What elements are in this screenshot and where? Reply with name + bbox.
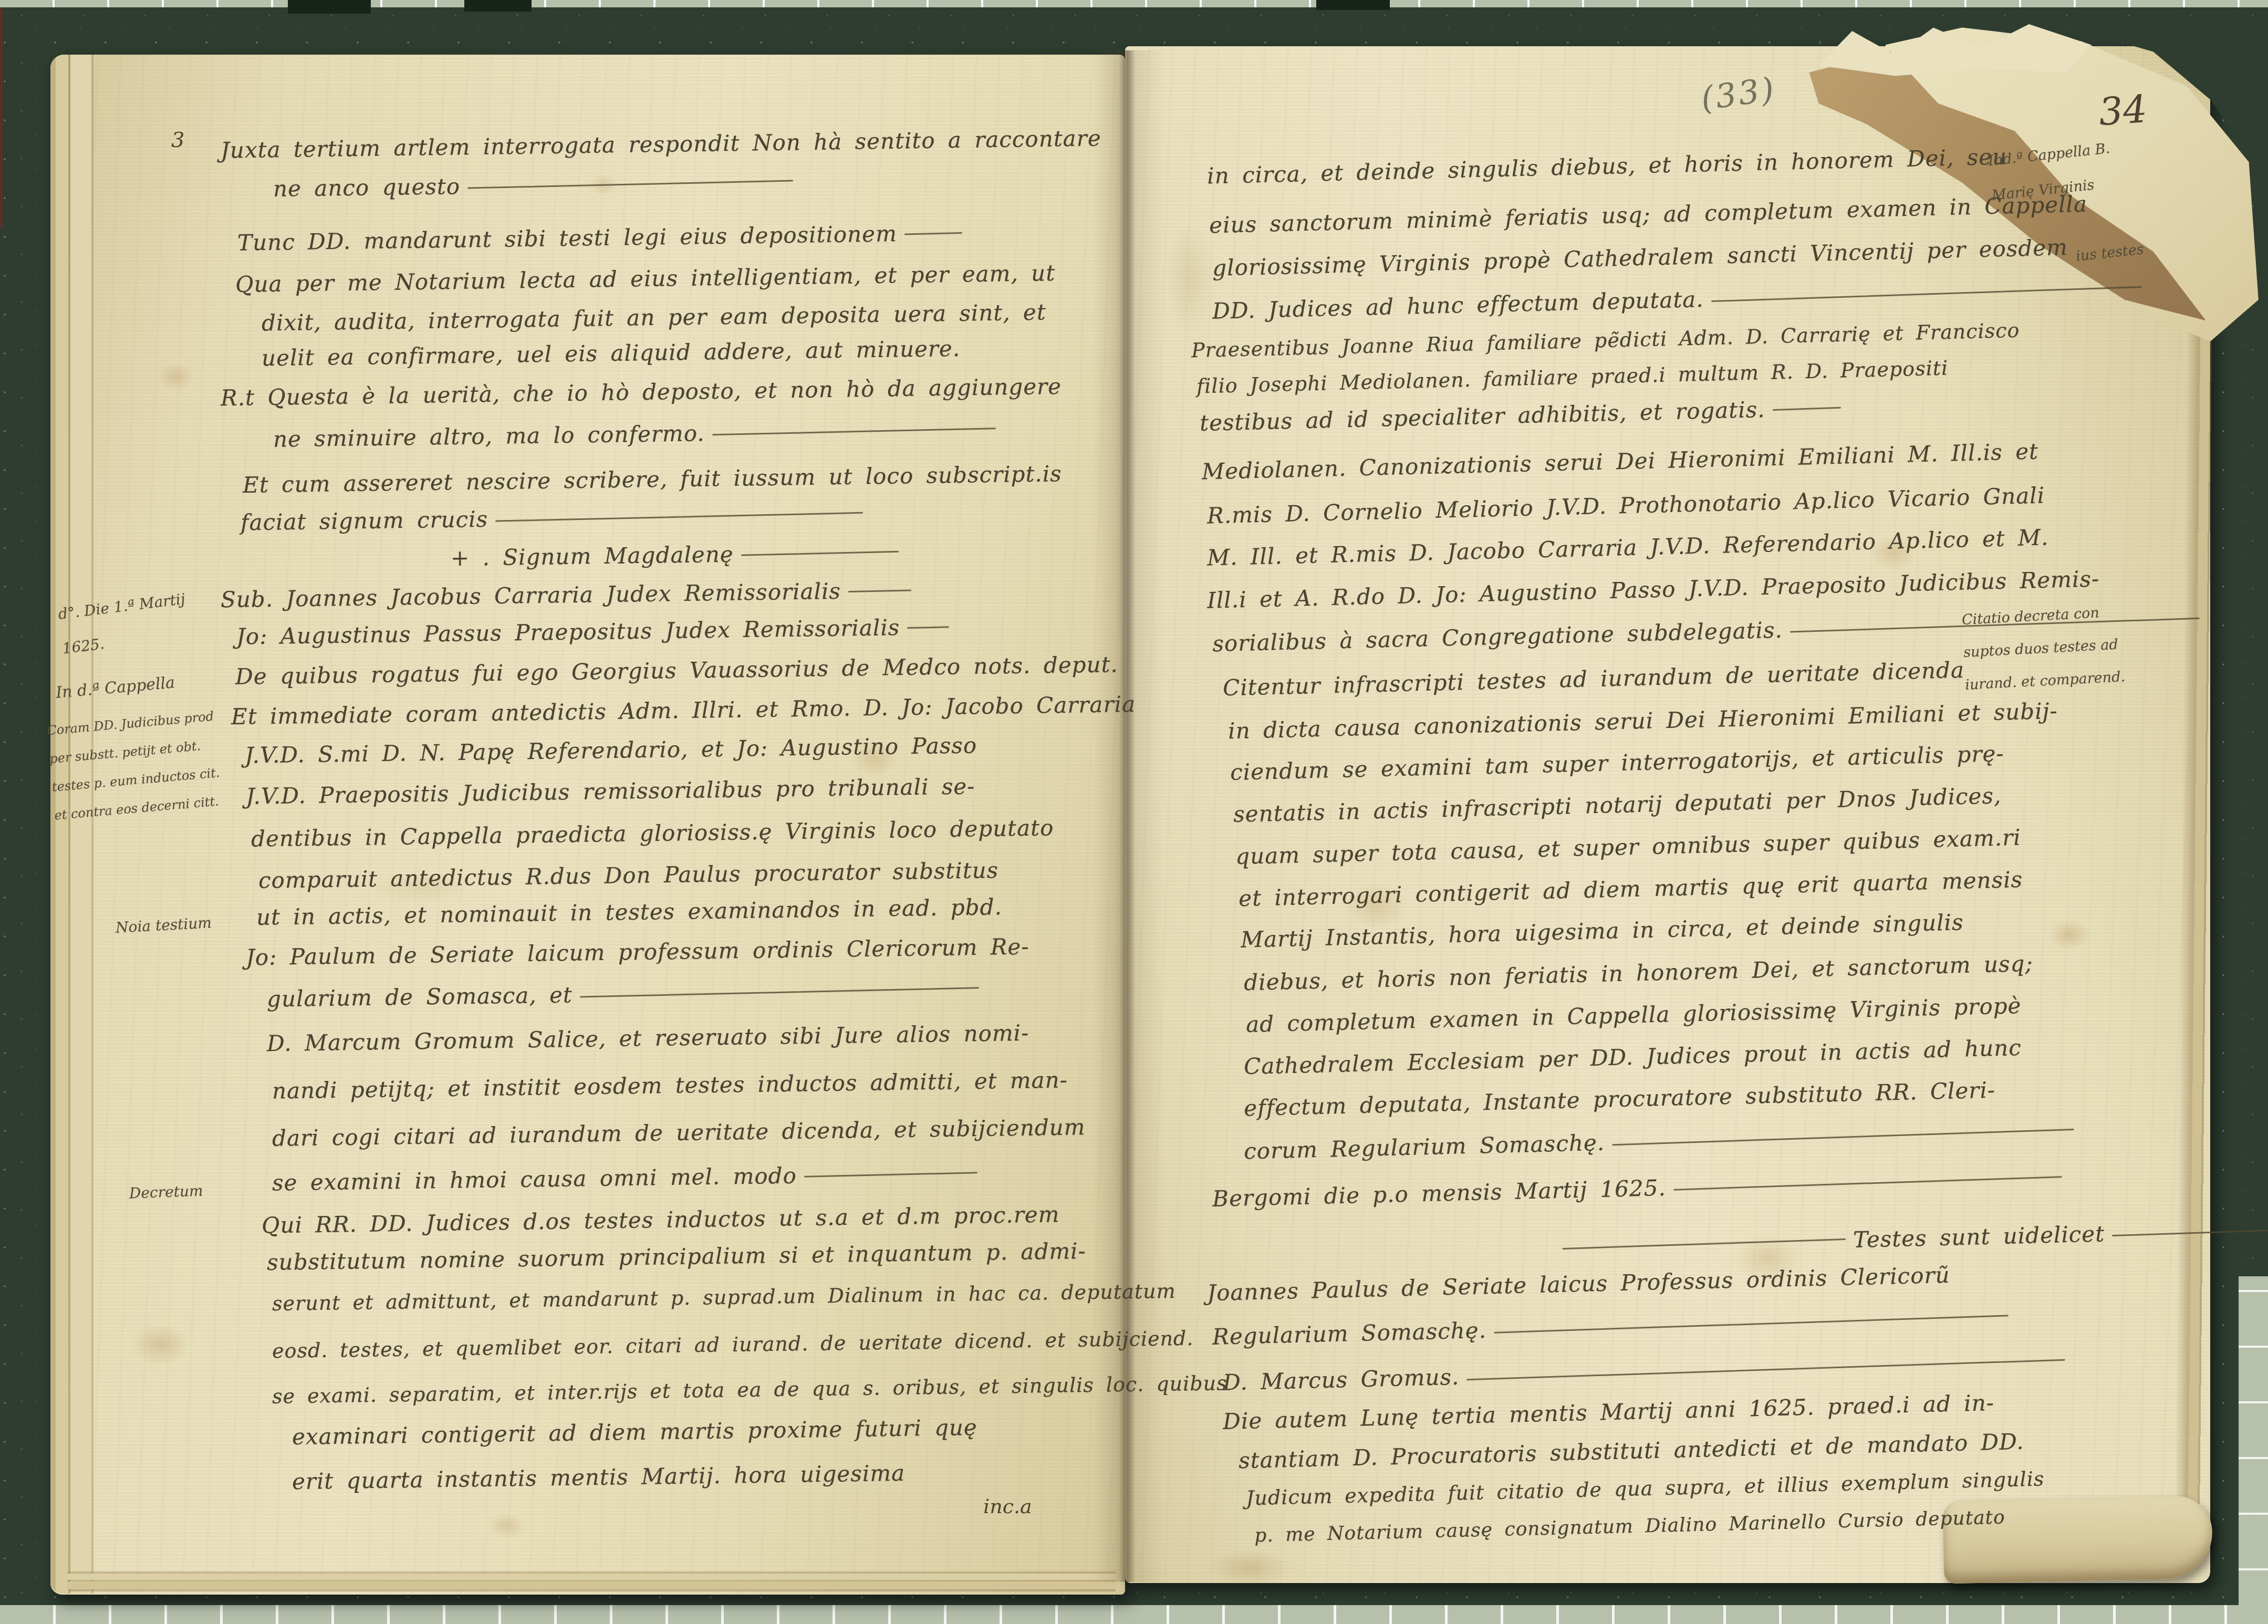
flourish-rule <box>712 428 996 435</box>
margin-note-line: Noia testium <box>115 907 213 943</box>
flourish-rule <box>495 512 863 522</box>
page-stack-edge-bottom <box>67 1571 1116 1595</box>
book-gutter <box>1093 50 1164 1582</box>
manuscript-text: gularium de Somasca, et <box>267 982 573 1012</box>
ruler-gap <box>464 0 532 12</box>
ruler-gap <box>1316 0 1390 10</box>
margin-note-line: Decretum <box>129 1175 204 1210</box>
flourish-rule <box>467 180 793 189</box>
manuscript-text: + . Signum Magdalenę <box>451 542 734 571</box>
flourish-rule <box>580 987 979 997</box>
flourish-rule <box>2112 1222 2268 1236</box>
margin-note: Ind.ª Cappella B. Marię Virginis <box>1986 131 2116 213</box>
margin-note: Coram DD. Judicibus prodper substt. peti… <box>46 702 223 829</box>
page-number: 34 <box>2097 87 2148 134</box>
flourish-rule <box>1673 1176 2062 1191</box>
flourish-rule <box>904 232 962 235</box>
flourish-rule <box>741 551 899 556</box>
manuscript-text: ne anco questo <box>273 173 461 202</box>
flourish-rule <box>1772 407 1840 411</box>
flourish-rule <box>1494 1315 2009 1333</box>
catchword: inc.a <box>983 1495 1032 1518</box>
item-number: 3 <box>171 128 184 152</box>
flourish-rule <box>804 1172 977 1177</box>
flourish-rule <box>848 589 911 592</box>
ruler-strip-right <box>2239 1276 2268 1624</box>
margin-note: Citatio decreta consuptos duos testes ad… <box>1961 596 2126 702</box>
ruler-strip-bottom <box>0 1605 2268 1624</box>
ruler-gap <box>288 0 371 14</box>
flourish-rule <box>1562 1238 1846 1250</box>
margin-note: Decretum <box>129 1175 204 1210</box>
flourish-rule <box>1711 286 2142 302</box>
manuscript-photo: (33) 34 3 inc.a Juxta tertium artlem int… <box>0 0 2268 1624</box>
manuscript-text: faciat signum crucis <box>241 506 488 536</box>
flourish-rule <box>907 626 949 629</box>
margin-note: Noia testium <box>115 907 213 943</box>
photo-edge-artifact <box>0 7 3 228</box>
flourish-rule <box>1612 1129 2074 1146</box>
